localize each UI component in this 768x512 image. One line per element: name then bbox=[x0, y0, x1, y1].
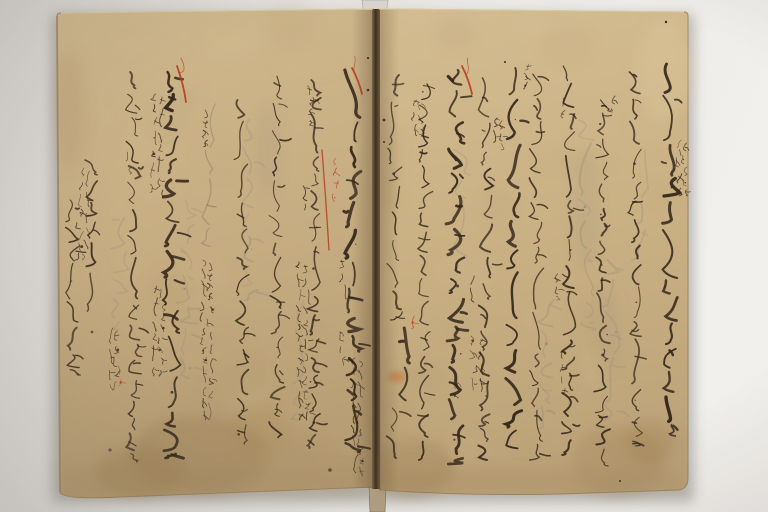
manuscript-photo: Photograph of a two-page spread from an … bbox=[0, 0, 768, 512]
photo-vignette bbox=[0, 0, 768, 512]
manuscript-scene: Photograph of a two-page spread from an … bbox=[0, 0, 768, 512]
